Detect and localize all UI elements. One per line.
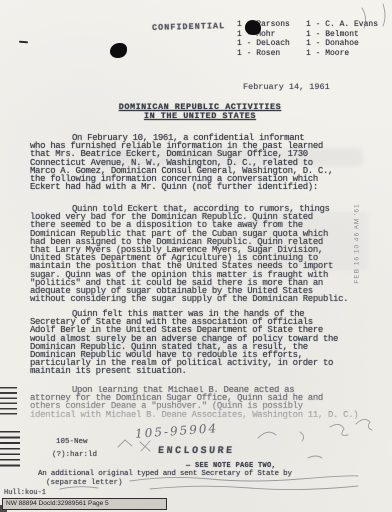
handwritten-scribbles [0,0,392,512]
scanned-memo-page: CONFIDENTIAL 1 - Parsons 1 - Mohr 1 - De… [0,0,392,512]
